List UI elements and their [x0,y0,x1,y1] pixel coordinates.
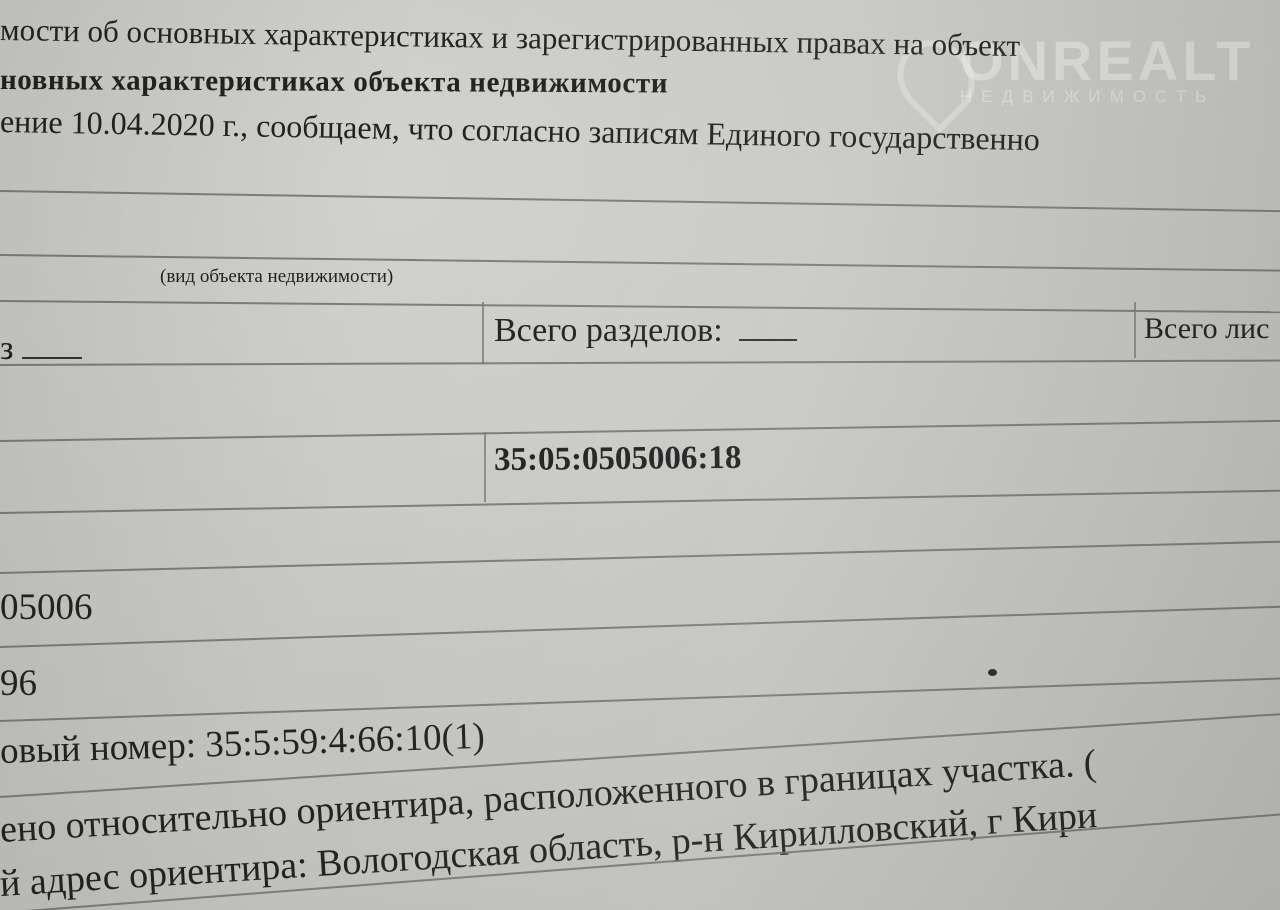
rule [0,605,1280,648]
sheets-label: Всего лис [1144,312,1269,346]
blank-field [22,357,82,359]
rule [0,420,1280,442]
rule [0,359,1280,366]
rule [0,540,1280,574]
ink-dot [988,669,997,676]
intro-line: ение 10.04.2020 г., сообщаем, что соглас… [0,103,1040,158]
header-line-2-bold: новных характеристиках объекта недвижимо… [0,64,668,100]
sections-field: Всего разделов: [494,312,797,350]
cell-divider [1134,302,1136,358]
document-photo: ONREALT НЕДВИЖИМОСТЬ мости об основных х… [0,0,1280,910]
sections-label: Всего разделов: [494,312,723,349]
header-line-1: мости об основных характеристиках и заре… [0,12,1020,64]
cell-divider [484,432,486,502]
sections-blank [739,339,797,341]
left-cell-text: з [0,330,82,368]
quarter-fragment: 05006 [0,586,93,629]
date-fragment: 96 [0,662,37,705]
left-cell-prefix: з [0,330,13,367]
rule [0,489,1280,514]
old-number-line: овый номер: 35:5:59:4:66:10(1) [0,715,485,773]
object-type-caption: (вид объекта недвижимости) [160,266,393,288]
cell-divider [482,302,484,364]
watermark-subtitle: НЕДВИЖИМОСТЬ [960,87,1255,107]
rule [0,190,1280,212]
cadastral-number: 35:05:0505006:18 [494,440,742,479]
rule [0,677,1280,722]
